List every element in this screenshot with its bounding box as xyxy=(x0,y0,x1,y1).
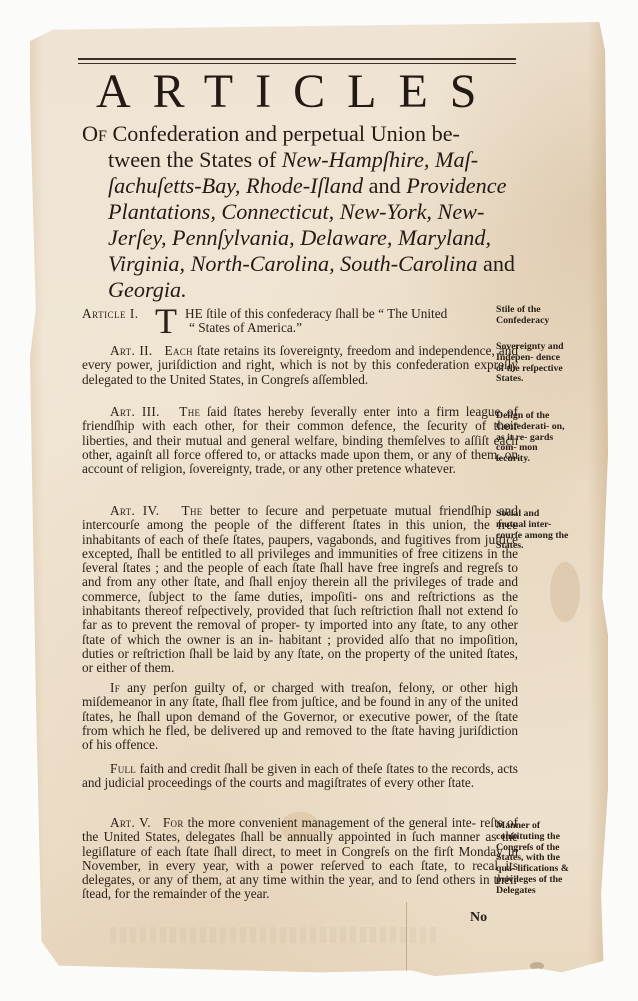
page-title: ARTICLES xyxy=(96,68,516,116)
margin-note-article-3: Deſign of the Confederati- on, as it re-… xyxy=(496,411,570,465)
article-lead: Each xyxy=(165,343,193,358)
subtitle-states: New-Hampſhire, Maſ- xyxy=(282,147,478,172)
subtitle-states: Providence xyxy=(406,173,506,198)
subtitle-states: Plantations, Connecticut, New-York, New- xyxy=(108,199,484,224)
article-text-line: “ States of America.” xyxy=(185,321,518,335)
article-text: better to ſecure and perpetuate mutual f… xyxy=(82,503,518,675)
article-label: Art. III. xyxy=(110,404,160,419)
article-5: Art. V. For the more convenient manageme… xyxy=(82,816,518,902)
margin-note-article-2: Sovereignty and Indepen- dence of the re… xyxy=(496,342,570,385)
header-rule-thick xyxy=(78,58,516,60)
document-subtitle: Of Confederation and perpetual Union be-… xyxy=(82,121,516,303)
article-text-line: ſtile of this confederacy ſhall be “ The… xyxy=(206,306,447,321)
article-text: faith and credit ſhall be given in each … xyxy=(82,761,518,790)
article-4: Art. IV. The better to ſecure and perpet… xyxy=(82,504,518,676)
article-lead: The xyxy=(179,404,200,419)
article-label: Art. V. xyxy=(110,815,151,830)
subtitle-text: and xyxy=(483,251,515,276)
margin-note-article-1: Stile of the Confederacy xyxy=(496,305,570,327)
drop-cap: T xyxy=(155,304,177,338)
article-3: Art. III. The ſaid ſtates hereby ſeveral… xyxy=(82,405,518,476)
paper-tear xyxy=(406,902,407,980)
article-2: Art. II. Each ſtate retains its ſovereig… xyxy=(82,344,518,387)
margin-note-article-4: Social and mutual inter- courſe among th… xyxy=(496,509,570,552)
article-lead: If xyxy=(110,680,120,695)
paper-stain-left xyxy=(30,22,44,980)
subtitle-text: and xyxy=(369,173,401,198)
article-text: any perſon guilty of, or charged with tr… xyxy=(82,680,518,752)
water-stain xyxy=(550,562,580,622)
subtitle-states: Jerſey, Pennſylvania, Delaware, Maryland… xyxy=(108,225,491,250)
show-through-text xyxy=(110,927,440,943)
article-lead: Full xyxy=(110,761,136,776)
paper-stain-right xyxy=(588,22,608,980)
subtitle-text: tween the States of xyxy=(108,147,276,172)
article-label: Article I. xyxy=(82,307,139,321)
subtitle-states: Virginia, North-Carolina, South-Carolina xyxy=(108,251,477,276)
document-page: ARTICLES Of Confederation and perpetual … xyxy=(30,22,608,980)
header-rule-thin xyxy=(78,63,516,64)
subtitle-lead: Of xyxy=(82,121,107,146)
ink-spot xyxy=(530,962,544,970)
article-lead: HE xyxy=(185,306,203,321)
article-lead: For xyxy=(163,815,184,830)
margin-note-article-5: Manner of conſtituting the Congreſs of t… xyxy=(496,821,570,897)
article-4-extradition: If any perſon guilty of, or charged with… xyxy=(82,681,518,752)
article-label: Art. II. xyxy=(110,343,152,358)
article-4-full-faith: Full faith and credit ſhall be given in … xyxy=(82,762,518,791)
catchword: No xyxy=(470,910,487,926)
article-label: Art. IV. xyxy=(110,503,159,518)
article-text: HE ſtile of this confederacy ſhall be “ … xyxy=(185,307,518,336)
subtitle-states: Georgia. xyxy=(108,277,187,302)
article-lead: The xyxy=(182,503,203,518)
subtitle-body: tween the States of New-Hampſhire, Maſ- … xyxy=(82,147,516,303)
subtitle-states: ſachuſetts-Bay, Rhode-Iſland xyxy=(108,173,363,198)
subtitle-line-1: Confederation and perpetual Union be- xyxy=(112,121,459,146)
